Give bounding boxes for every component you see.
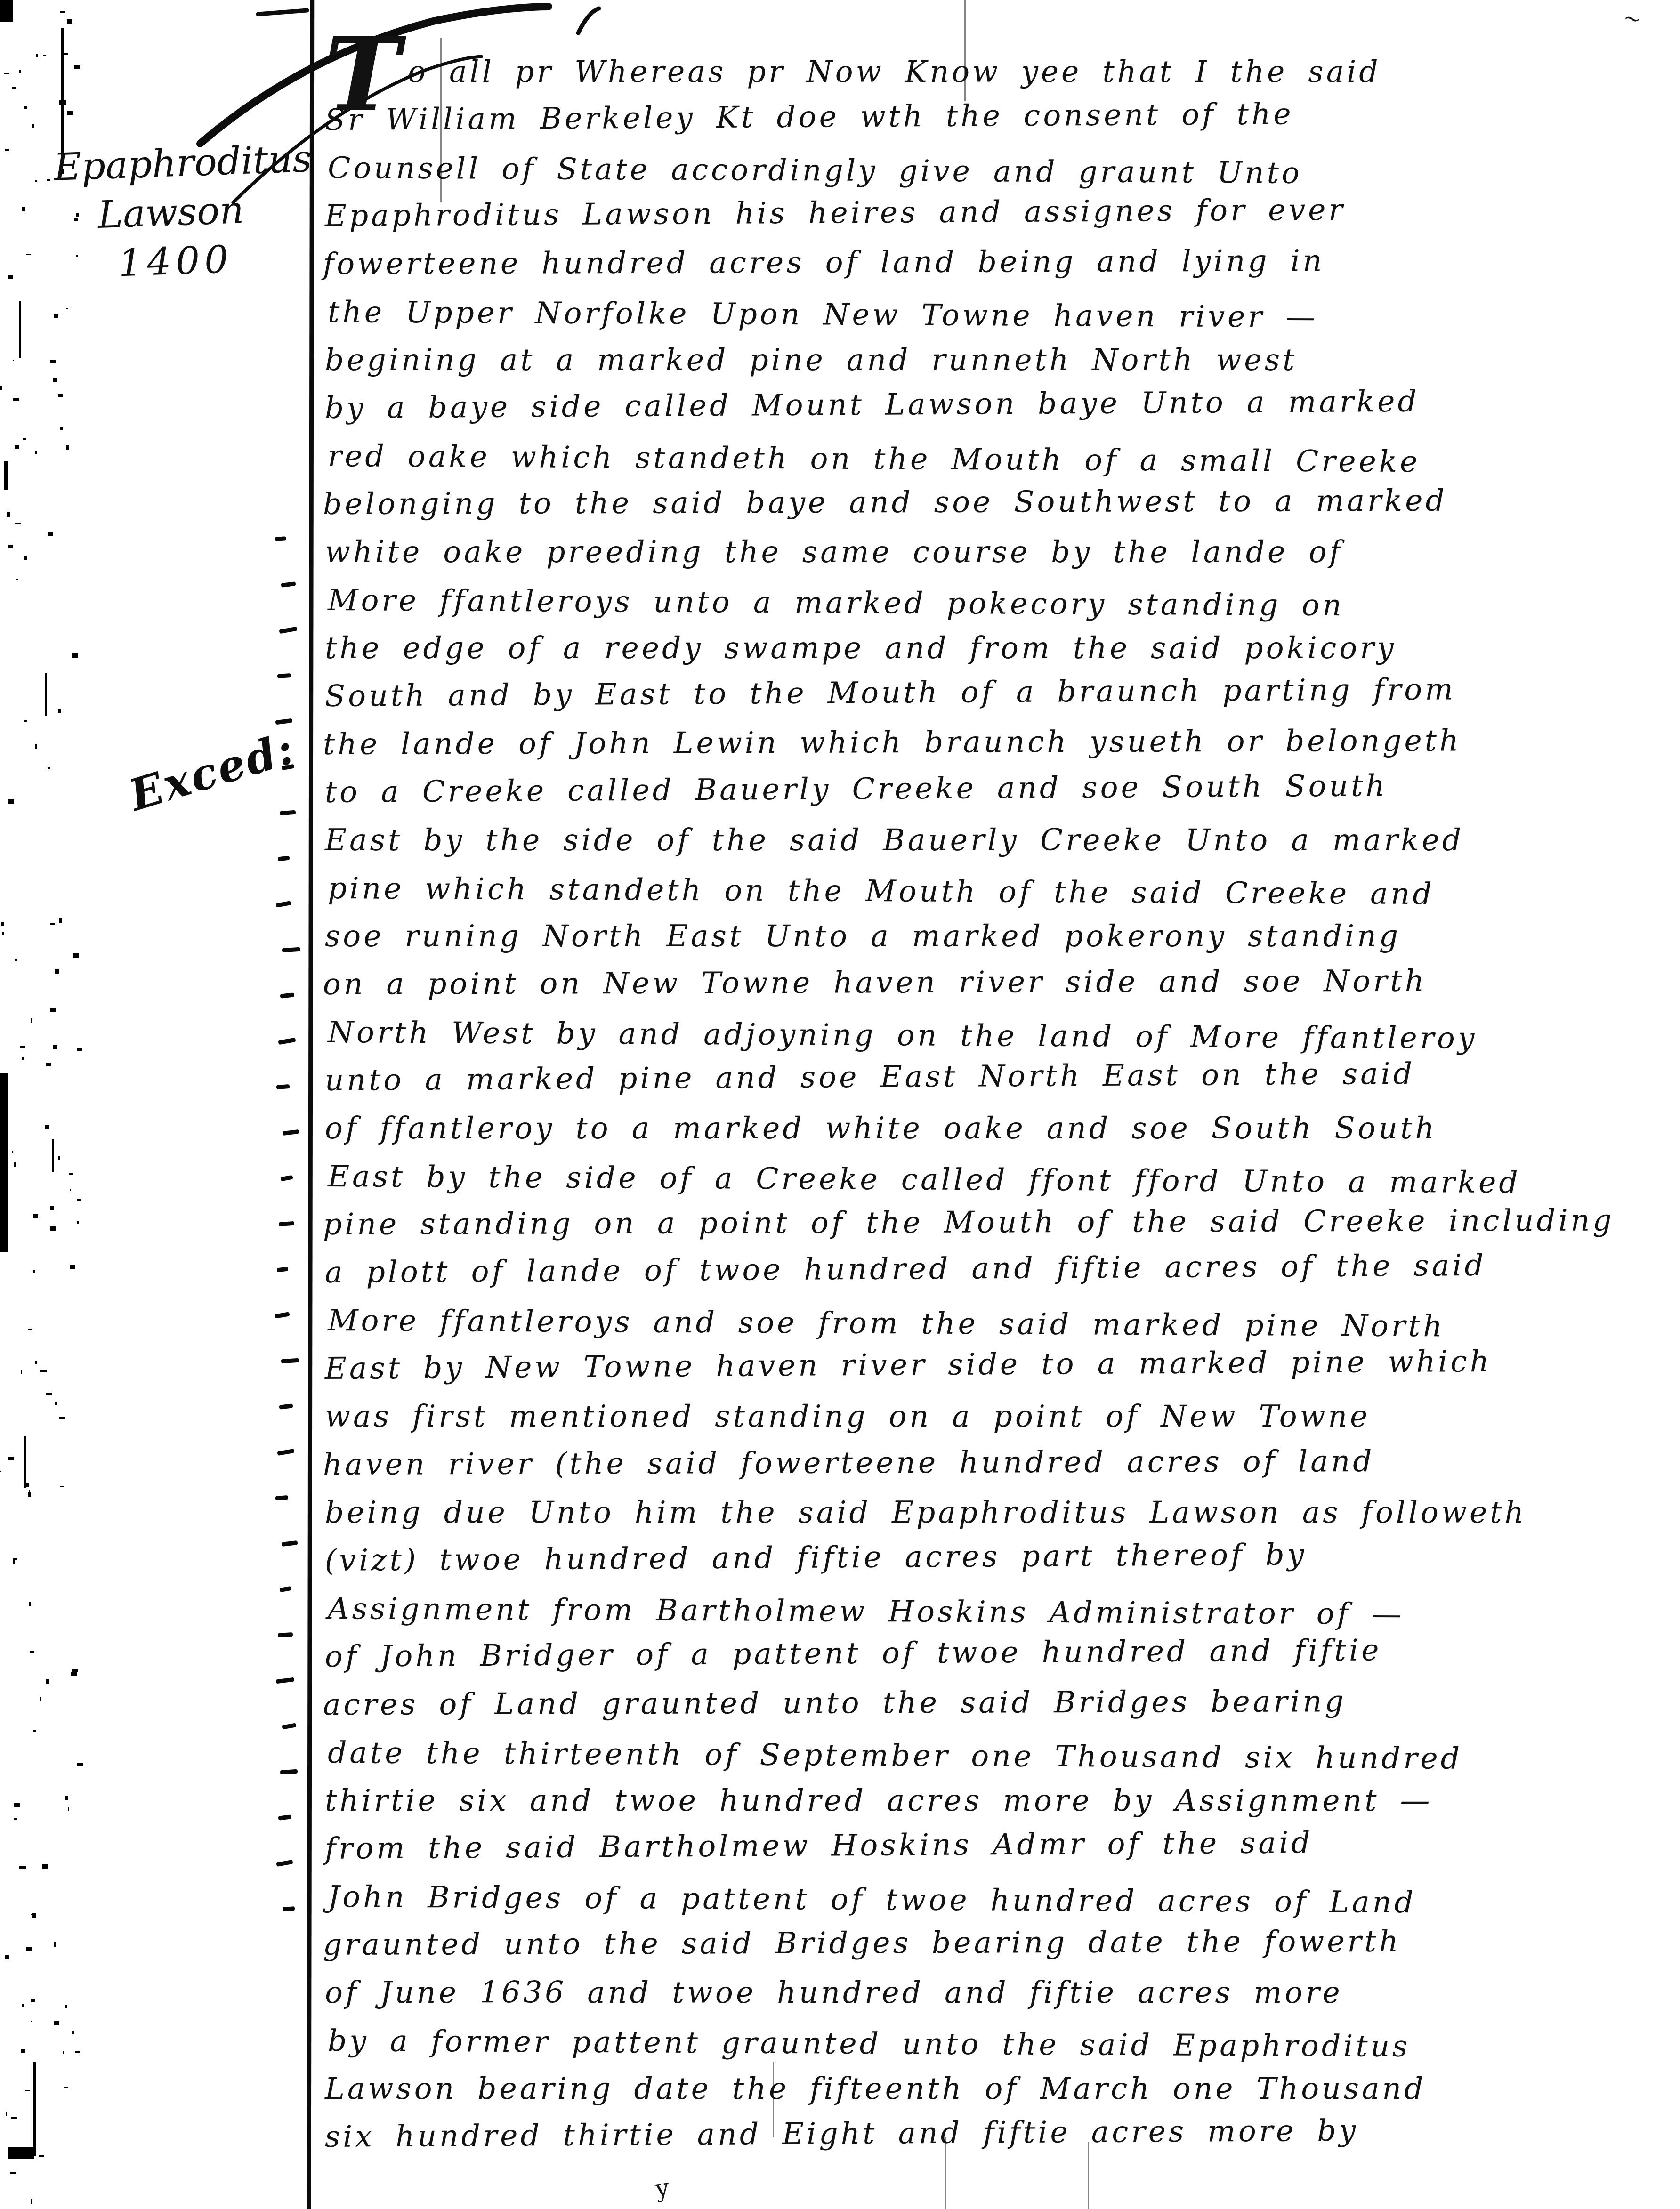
scan-speck (45, 673, 47, 716)
scan-speck (0, 1073, 8, 1252)
scan-speck (35, 451, 37, 454)
scan-speck (31, 1999, 35, 2002)
scan-speck (31, 1018, 32, 1023)
margin-tick (279, 1221, 295, 1226)
margin-tick (283, 1906, 295, 1911)
scan-speck (53, 1045, 57, 1049)
scan-speck (15, 445, 19, 449)
scan-speck (8, 545, 13, 549)
scan-speck (6, 2112, 7, 2116)
scan-speck (58, 1156, 61, 1160)
margin-tick (278, 856, 290, 862)
margin-tick (280, 810, 296, 815)
scan-speck (14, 1803, 20, 1808)
scan-speck (77, 1199, 81, 1201)
scan-speck (46, 1393, 52, 1395)
text-line: of ffantleroy to a marked white oake and… (325, 1111, 1624, 1159)
margin-status-note: Exced: (123, 722, 301, 821)
scan-speck (19, 301, 21, 358)
scan-speck (71, 1672, 77, 1676)
text-line: East by New Towne haven river side to a … (325, 1343, 1625, 1399)
margin-tick (280, 1175, 293, 1181)
text-line: haven river (the said fowerteene hundred… (323, 1443, 1623, 1495)
margin-tick (279, 1403, 293, 1409)
scan-speck (59, 1417, 65, 1419)
text-line: acres of Land graunted unto the said Bri… (323, 1683, 1623, 1735)
scan-speck (52, 1139, 54, 1172)
scan-speck (21, 2049, 25, 2053)
margin-tick (276, 1860, 293, 1867)
scan-speck (60, 1486, 64, 1487)
scan-speck (8, 1457, 14, 1460)
margin-tick (282, 1540, 298, 1547)
text-line: East by the side of the said Bauerly Cre… (325, 823, 1624, 871)
text-line: belonging to the said baye and soe South… (323, 483, 1623, 535)
manuscript-text-block: To all pr Whereas pr Now Know yee that I… (325, 55, 1624, 2168)
scan-speck (42, 1864, 48, 1869)
margin-tick (281, 581, 296, 588)
scan-speck (2, 932, 4, 935)
scan-speck (55, 1402, 57, 1405)
scan-speck (66, 445, 69, 451)
text-line: the Upper Norfolke Upon New Towne haven … (328, 295, 1627, 349)
text-line: pine standing on a point of the Mouth of… (323, 1203, 1623, 1255)
scan-speck (54, 314, 58, 318)
scan-speck (8, 799, 14, 804)
scan-speck (24, 556, 27, 560)
scan-speck (26, 1947, 32, 1951)
scan-speck (5, 1955, 9, 1959)
margin-tick (278, 1814, 292, 1820)
scan-speck (32, 1913, 36, 1918)
scan-speck (73, 953, 79, 957)
text-line: of John Bridger of a pattent of twoe hun… (325, 1631, 1625, 1687)
scan-speck (77, 1763, 83, 1766)
corner-ink-mark: ~ (1621, 5, 1641, 32)
margin-tick (280, 1769, 298, 1775)
scan-speck (14, 1162, 16, 1168)
scan-speck (15, 523, 21, 524)
margin-tick (280, 992, 295, 999)
scan-speck (4, 461, 8, 490)
text-line: Epaphroditus Lawson his heires and assig… (325, 191, 1625, 247)
manuscript-page: Epaphroditus Lawson 1400 Exced: To all p… (0, 0, 1680, 2209)
margin-grantee-acreage: 1400 (57, 235, 303, 292)
scan-speck (21, 1370, 22, 1374)
scan-speck (1, 922, 4, 926)
scan-speck (19, 1866, 26, 1868)
scan-speck (0, 386, 2, 390)
margin-tick (275, 1312, 290, 1318)
scan-speck (72, 653, 78, 657)
scan-speck (31, 2021, 32, 2022)
scan-speck (33, 1270, 35, 1273)
scan-speck (23, 438, 25, 440)
text-line: to a Creeke called Bauerly Creeke and so… (325, 767, 1625, 823)
margin-tick (275, 536, 287, 541)
scan-speck (50, 1206, 54, 1210)
scan-speck (50, 923, 55, 926)
scan-speck (7, 512, 10, 517)
scan-speck (31, 2199, 32, 2204)
scan-speck (58, 394, 63, 397)
scan-speck (35, 744, 37, 749)
text-line: pine which standeth on the Mouth of the … (328, 871, 1627, 926)
scan-speck (63, 2051, 64, 2054)
scan-speck (13, 360, 14, 362)
scan-speck (13, 1559, 15, 1564)
scan-speck (24, 720, 27, 722)
scan-speck (77, 1221, 79, 1224)
scan-speck (70, 1189, 71, 1191)
margin-tick (277, 1267, 289, 1273)
scan-speck (70, 1265, 75, 1270)
scan-speck (55, 969, 59, 974)
scan-speck (33, 1730, 36, 1731)
margin-tick (275, 901, 291, 907)
scan-speck (50, 360, 56, 363)
margin-grantee-note: Epaphroditus Lawson 1400 (53, 137, 303, 292)
margin-tick (282, 947, 301, 953)
scan-speck (75, 2051, 80, 2053)
scan-speck (33, 1214, 38, 1218)
text-line: unto a marked pine and soe East North Ea… (325, 1055, 1625, 1111)
text-line: soe runing North East Unto a marked poke… (325, 919, 1624, 967)
margin-tick (283, 1129, 299, 1136)
scan-speck (14, 1818, 16, 1820)
scan-speck (12, 1151, 13, 1153)
scan-speck (72, 2031, 74, 2034)
text-line: was first mentioned standing on a point … (325, 1399, 1624, 1447)
scan-speck (60, 427, 63, 430)
scan-speck (50, 1226, 55, 1231)
scan-speck (20, 1046, 25, 1048)
margin-tick (282, 1723, 296, 1729)
scan-speck (22, 1057, 24, 1060)
text-line: More ffantleroys unto a marked pokecory … (328, 583, 1627, 637)
text-line: on a point on New Towne haven river side… (323, 963, 1623, 1015)
scan-speck (66, 308, 68, 309)
text-line: of June 1636 and twoe hundred and fiftie… (325, 1975, 1624, 2024)
scan-speck (33, 2062, 36, 2156)
scan-speck (28, 1492, 31, 1497)
scan-speck (24, 1436, 26, 1488)
scan-speck (10, 2172, 16, 2175)
scan-speck (39, 2155, 45, 2156)
margin-tick (279, 627, 298, 634)
scan-speck (50, 1008, 56, 1012)
scan-speck (45, 1125, 49, 1129)
scan-speck (72, 1669, 78, 1672)
bottom-ink-mark: y (654, 2173, 671, 2203)
text-line: six hundred thirtie and Eight and fiftie… (325, 2112, 1625, 2168)
scan-speck (53, 378, 57, 382)
scan-speck (16, 579, 18, 580)
text-line: (vizt) twoe hundred and fiftie acres par… (325, 1535, 1625, 1591)
text-line: from the said Bartholmew Hoskins Admr of… (325, 1823, 1625, 1879)
scan-speck (77, 1048, 82, 1051)
scan-speck (65, 1796, 68, 1800)
scan-speck (29, 1602, 31, 1606)
margin-tick (276, 1084, 290, 1089)
margin-tick (275, 1495, 289, 1500)
scan-speck (11, 2117, 17, 2119)
margin-tick (279, 1586, 291, 1592)
scan-speck (8, 275, 13, 279)
scan-speck (15, 959, 17, 962)
text-line: the lande of John Lewin which braunch ys… (323, 723, 1623, 775)
margin-grantee-name-line: Epaphroditus (53, 137, 299, 194)
scan-speck (0, 1471, 2, 1472)
margin-tick (278, 1632, 293, 1637)
scan-speck (59, 918, 62, 922)
margin-tick (277, 673, 291, 678)
scan-speck (40, 1370, 46, 1372)
scan-speck (22, 2004, 24, 2007)
scan-speck (8, 2147, 34, 2159)
text-line: South and by East to the Mouth of a brau… (325, 671, 1625, 727)
text-line: by a baye side called Mount Lawson baye … (325, 383, 1625, 439)
margin-tick (276, 1677, 295, 1684)
scan-speck (54, 1942, 56, 1947)
scan-speck (58, 709, 61, 713)
margin-tick (281, 1358, 299, 1364)
text-line: Sr William Berkeley Kt doe wth the conse… (325, 95, 1625, 151)
text-line: graunted unto the said Bridges bearing d… (323, 1923, 1623, 1975)
margin-grantee-name-line: Lawson (55, 186, 301, 243)
text-line: date the thirteenth of September one Tho… (328, 1735, 1627, 1790)
margin-tick (278, 1038, 296, 1045)
scan-speck (35, 1361, 37, 1364)
scan-speck (26, 254, 31, 256)
scan-speck (68, 1807, 69, 1811)
text-line: a plott of lande of twoe hundred and fif… (325, 1247, 1625, 1303)
scan-speck (13, 398, 19, 401)
scan-speck (48, 532, 53, 535)
scan-speck (40, 1697, 41, 1701)
margin-rule-line (307, 0, 315, 2209)
scan-speck (28, 1329, 31, 1330)
scan-speck (69, 1173, 73, 1175)
text-line: fowerteene hundred acres of land being a… (323, 242, 1623, 295)
scan-speck (46, 1063, 51, 1067)
scan-speck (25, 2090, 30, 2091)
scan-speck (65, 2005, 67, 2008)
scan-speck (48, 767, 50, 769)
scan-speck (64, 2087, 68, 2088)
scan-speck (54, 2021, 59, 2025)
scan-speck (46, 1679, 49, 1684)
scan-speck (29, 1490, 31, 1493)
margin-tick (277, 1449, 294, 1456)
text-line: by a former pattent graunted unto the sa… (328, 2024, 1627, 2078)
text-line: white oake preeding the same course by t… (325, 535, 1624, 583)
scan-speck (30, 1651, 34, 1653)
